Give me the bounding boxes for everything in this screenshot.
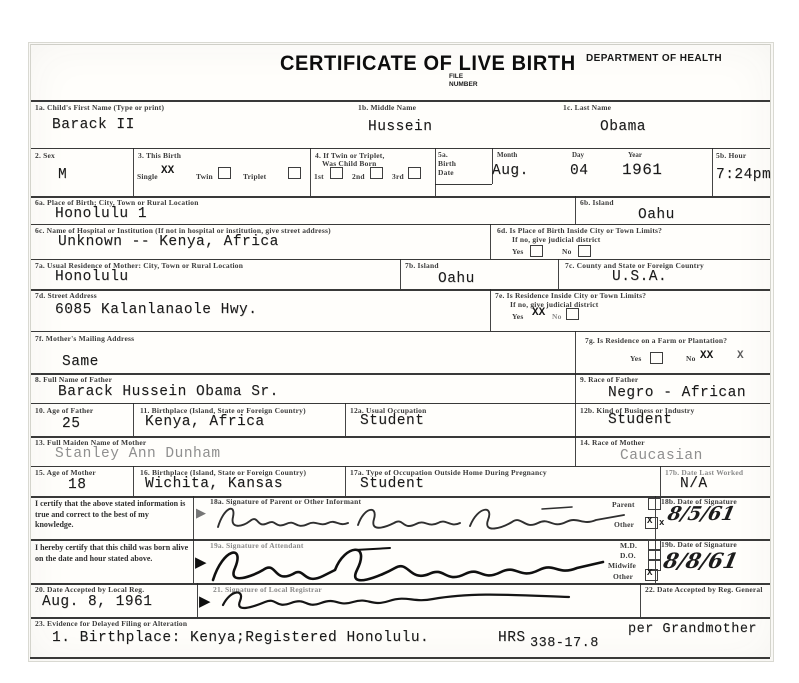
child-first-name: Barack II	[52, 117, 135, 133]
second-label: 2nd	[352, 172, 365, 181]
birth-island: Oahu	[638, 207, 675, 223]
divider	[197, 583, 198, 617]
divider	[400, 259, 401, 289]
rule	[435, 184, 492, 185]
paper-edge-top	[30, 44, 770, 45]
hospital-name: Unknown -- Kenya, Africa	[58, 234, 279, 250]
attendant-certification-text: I hereby certify that this child was bor…	[35, 543, 193, 564]
first-label: 1st	[314, 172, 324, 181]
field-15-label: 15. Age of Mother	[35, 468, 96, 477]
7e-yes-label: Yes	[512, 312, 523, 321]
divider	[712, 148, 713, 196]
place-of-birth: Honolulu 1	[55, 206, 147, 222]
rule	[30, 148, 770, 149]
divider	[575, 436, 576, 466]
twin-checkbox	[218, 167, 231, 179]
sex-value: M	[58, 167, 67, 183]
informant-certification-text: I certify that the above stated informat…	[35, 499, 187, 531]
date-accepted-local: Aug. 8, 1961	[42, 594, 152, 610]
single-mark: XX	[161, 165, 174, 177]
7g-yes-checkbox	[650, 352, 663, 364]
field-7e-label-line2: If no, give judicial district	[510, 300, 599, 309]
document-title: CERTIFICATE OF LIVE BIRTH	[280, 53, 576, 77]
parent-label: Parent	[612, 500, 635, 509]
field-1b-label: 1b. Middle Name	[358, 103, 416, 112]
6d-no-label: No	[562, 247, 572, 256]
7g-stray-mark: X	[737, 350, 744, 362]
rule	[30, 657, 770, 659]
divider	[558, 259, 559, 289]
hrs-label: HRS	[498, 630, 526, 646]
department-title: DEPARTMENT OF HEALTH	[586, 53, 722, 64]
divider	[575, 196, 576, 224]
registrar-signature	[213, 585, 593, 613]
divider	[575, 331, 576, 373]
birth-year: 1961	[622, 161, 662, 179]
mother-occupation: Student	[360, 476, 424, 492]
divider	[345, 466, 346, 496]
single-label: Single	[137, 172, 158, 181]
year-header: Year	[628, 151, 642, 159]
midwife-label: Midwife	[608, 561, 636, 570]
residence-country: U.S.A.	[612, 269, 667, 285]
mother-age: 18	[68, 477, 86, 493]
divider	[193, 539, 194, 583]
birth-hour: 7:24pm	[716, 167, 771, 183]
6d-yes-label: Yes	[512, 247, 523, 256]
field-23-label: 23. Evidence for Delayed Filing or Alter…	[35, 619, 187, 628]
divider	[435, 148, 436, 196]
7e-no-checkbox	[566, 308, 579, 320]
attendant-signature-date: 8/8/61	[661, 548, 740, 573]
divider	[490, 224, 491, 259]
field-8-label: 8. Full Name of Father	[35, 375, 112, 384]
field-2-label: 2. Sex	[35, 151, 55, 160]
attendant-signature	[205, 542, 635, 590]
other-informant-check-mark: X	[647, 516, 652, 526]
divider	[310, 148, 311, 196]
birth-month: Aug.	[492, 163, 529, 179]
7e-yes-mark: XX	[532, 307, 545, 319]
7e-no-label: No	[552, 312, 562, 321]
child-last-name: Obama	[600, 119, 646, 135]
father-name: Barack Hussein Obama Sr.	[58, 384, 279, 400]
month-header: Month	[497, 151, 517, 159]
divider	[345, 403, 346, 436]
6d-yes-checkbox	[530, 245, 543, 257]
father-age: 25	[62, 416, 80, 432]
rule	[30, 403, 770, 404]
parent-checkbox	[648, 498, 661, 510]
street-address: 6085 Kalanlanaole Hwy.	[55, 302, 257, 318]
divider	[193, 496, 194, 539]
mother-race: Caucasian	[620, 448, 703, 464]
divider	[640, 583, 641, 617]
scanned-birth-certificate: CERTIFICATE OF LIVE BIRTH FILE NUMBER DE…	[0, 0, 799, 683]
other-attendant-label: Other	[613, 572, 633, 581]
7g-no-mark: XX	[700, 350, 713, 362]
other-informant-label: Other	[614, 520, 634, 529]
child-middle-name: Hussein	[368, 119, 432, 135]
md-label: M.D.	[620, 541, 637, 550]
informant-signature	[212, 499, 632, 537]
triplet-label: Triplet	[243, 172, 266, 181]
birth-day: 04	[570, 163, 588, 179]
rule	[30, 289, 770, 291]
date-last-worked: N/A	[680, 476, 708, 492]
field-5b-label: 5b. Hour	[716, 151, 746, 160]
field-7d-label: 7d. Street Address	[35, 291, 97, 300]
father-race: Negro - African	[608, 385, 746, 401]
residence-island: Oahu	[438, 271, 475, 287]
twin-label: Twin	[196, 172, 213, 181]
field-1c-label: 1c. Last Name	[563, 103, 611, 112]
field-6d-label-line2: If no, give judicial district	[512, 235, 601, 244]
divider	[133, 403, 134, 436]
mailing-address: Same	[62, 354, 99, 370]
second-checkbox	[370, 167, 383, 179]
pointer-arrow-icon: ▶	[199, 595, 211, 608]
file-number-label: FILE NUMBER	[449, 73, 478, 88]
7g-yes-label: Yes	[630, 354, 641, 363]
mother-maiden-name: Stanley Ann Dunham	[55, 446, 221, 462]
divider	[575, 403, 576, 436]
divider	[133, 148, 134, 196]
triplet-checkbox	[288, 167, 301, 179]
field-10-label: 10. Age of Father	[35, 406, 93, 415]
divider	[575, 373, 576, 403]
divider	[490, 289, 491, 331]
mother-birthplace: Wichita, Kansas	[145, 476, 283, 492]
rule	[30, 373, 770, 375]
other-informant-extra-mark: x	[659, 518, 664, 528]
field-1a-label: 1a. Child's First Name (Type or print)	[35, 103, 164, 112]
informant-signature-date: 8/5/61	[666, 503, 737, 525]
field-6d-label-line1: 6d. Is Place of Birth Inside City or Tow…	[497, 226, 662, 235]
file-number-line2: NUMBER	[449, 81, 478, 89]
field-5a-num: 5a.	[438, 150, 448, 159]
father-industry: Student	[608, 412, 672, 428]
third-label: 3rd	[392, 172, 404, 181]
6d-no-checkbox	[578, 245, 591, 257]
field-5a-label-line2: Date	[438, 168, 454, 177]
first-checkbox	[330, 167, 343, 179]
field-7g-label: 7g. Is Residence on a Farm or Plantation…	[585, 336, 727, 345]
field-7b-label: 7b. Island	[405, 261, 439, 270]
field-3-label: 3. This Birth	[138, 151, 181, 160]
7g-no-label: No	[686, 354, 696, 363]
third-checkbox	[408, 167, 421, 179]
file-number-line1: FILE	[449, 73, 478, 81]
father-birthplace: Kenya, Africa	[145, 414, 265, 430]
day-header: Day	[572, 151, 584, 159]
field-14-label: 14. Race of Mother	[580, 438, 645, 447]
field-22-label: 22. Date Accepted by Reg. General	[645, 585, 763, 594]
paper-edge-left	[30, 44, 31, 657]
divider	[133, 466, 134, 496]
field-7e-label-line1: 7e. Is Residence Inside City or Town Lim…	[495, 291, 646, 300]
field-7f-label: 7f. Mother's Mailing Address	[35, 334, 134, 343]
rule	[30, 331, 770, 332]
per-grandmother-note: per Grandmother	[628, 622, 757, 637]
do-label: D.O.	[620, 551, 636, 560]
field-5a-label-line1: Birth	[438, 159, 456, 168]
hrs-reference: 338-17.8	[530, 636, 599, 651]
divider	[660, 466, 661, 496]
field-9-label: 9. Race of Father	[580, 375, 638, 384]
delayed-filing-evidence: 1. Birthplace: Kenya;Registered Honolulu…	[52, 630, 429, 646]
other-attendant-check-mark: X	[647, 568, 652, 578]
field-6b-label: 6b. Island	[580, 198, 614, 207]
field-20-label: 20. Date Accepted by Local Reg.	[35, 585, 144, 594]
mother-residence: Honolulu	[55, 269, 129, 285]
father-occupation: Student	[360, 413, 424, 429]
pointer-arrow-icon: ▶	[196, 506, 206, 519]
paper-edge-right	[770, 44, 771, 657]
